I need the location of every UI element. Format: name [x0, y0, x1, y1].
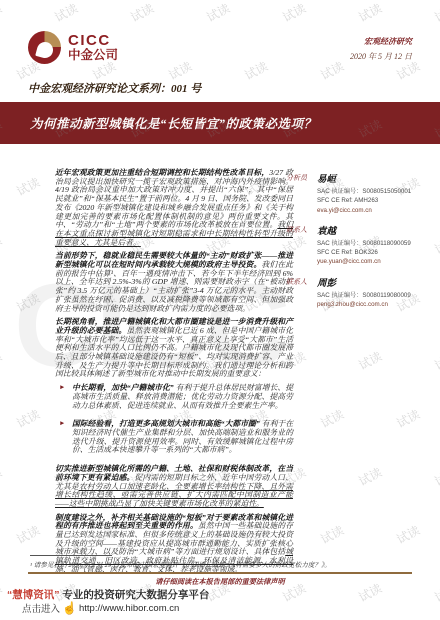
paragraph-text: 虽然表观城镇化已近 6 成、但是中国户籍城市化率和“大城市化率”均远低于这一水平… — [55, 326, 293, 379]
paragraph-text: 我们在此前的报告中估算¹、百年一遇疫情冲击下、若今年下半年经济回到 6%以上、全… — [55, 260, 293, 313]
cicc-logo-text: CICC 中金公司 — [68, 33, 118, 62]
page-title: 为何推动新型城镇化是“长短皆宜”的政策必选项？ — [30, 114, 317, 132]
bullet-emphasis: 打造更多高规划大城市和高能“大都市圈” — [119, 419, 260, 428]
analyst-role: 联系人 — [286, 275, 317, 310]
analyst-sac: SAC 执证编号：S0080118090059 — [317, 239, 434, 248]
paragraph-underline: 农村劳动人口加速老龄化、全要素增长率结构性下降、且外需增长结构性趋缓、亟需完善供… — [55, 482, 293, 508]
analyst-panel: 分析员 易峘 SAC 执证编号：S0080515050001 SFC CE Re… — [286, 171, 434, 317]
analyst-role: 分析员 — [286, 171, 317, 215]
analyst-sac: SAC 执证编号：S0080119080009 — [317, 291, 434, 300]
bullet-item-2: ► 国际经验看，打造更多高规划大城市和高能“大都市圈” 有利于在知识经济时代催生… — [59, 420, 293, 460]
paragraph-3: 长期视角看，推进户籍城镇化和大都市圈建设是进一步消费升级和产业升级的必要基础。虽… — [55, 318, 293, 379]
hand-pointer-icon: ☝ — [62, 602, 77, 614]
analyst-email: yue.yuan@cicc.com.cn — [317, 257, 434, 266]
analyst-sac: SAC 执证编号：S0080515050001 — [317, 187, 434, 196]
hibor-url-link[interactable]: http://www.hibor.com.cn — [79, 603, 179, 614]
series-title: 中金宏观经济研究论文系列：001 号 — [28, 80, 201, 96]
hibor-tagline: “慧博资讯” 专业的投资研究大数据分享平台 — [7, 587, 209, 602]
analyst-row: 分析员 易峘 SAC 执证编号：S0080515050001 SFC CE Re… — [286, 171, 434, 215]
paragraph-lead: 近年宏观政策更加注重结合短期调控和长期结构性改革目标， — [55, 168, 269, 177]
footnote: ¹ 请参见我们 2020 年 3 月 29 日发布的中国宏观简评《中国增长回到 … — [30, 559, 412, 569]
cicc-logo-icon — [28, 31, 61, 64]
title-banner: 为何推动新型城镇化是“长短皆宜”的政策必选项？ — [0, 102, 440, 144]
hibor-brand: “慧博资讯” — [7, 589, 60, 601]
article-body: 近年宏观政策更加注重结合短期调控和长期结构性改革目标，3/27 政治局会议提出加… — [55, 169, 293, 580]
paragraph-1: 近年宏观政策更加注重结合短期调控和长期结构性改革目标，3/27 政治局会议提出加… — [55, 169, 293, 247]
hibor-cta[interactable]: 点击进入 — [22, 601, 60, 615]
bullet-item-1: ► 中长期看，加快“户籍城市化” 有利于提升总体居民财富增长、提高城市生活质量、… — [59, 384, 293, 415]
paragraph-4: 切实推进新型城镇化所需的户籍、土地、社保和财税体制改革，在当前环境下更有紧迫感。… — [55, 465, 293, 509]
analyst-row: 联系人 周彭 SAC 执证编号：S0080119080009 peng3.zho… — [286, 275, 434, 310]
analyst-sfc: SFC CE Ref: BOK326 — [317, 248, 434, 257]
bullet-emphasis: 加快“户籍城市化” — [111, 383, 174, 392]
analyst-email: eva.yi@cicc.com.cn — [317, 206, 434, 215]
analyst-name: 易峘 — [317, 171, 434, 185]
gold-divider — [28, 572, 412, 574]
bullet-arrow-icon: ► — [59, 420, 72, 460]
bullet-lead: 国际经验看， — [72, 419, 119, 428]
hibor-desc: 专业的投资研究大数据分享平台 — [60, 589, 210, 601]
logo-en: CICC — [68, 33, 118, 48]
analyst-email: peng3.zhou@cicc.com.cn — [317, 300, 434, 309]
analyst-role: 联系人 — [286, 223, 317, 267]
hibor-link-row: 点击进入 ☝ http://www.hibor.com.cn — [22, 601, 179, 615]
cicc-logo: CICC 中金公司 — [28, 31, 118, 64]
analyst-row: 联系人 袁越 SAC 执证编号：S0080118090059 SFC CE Re… — [286, 223, 434, 267]
footnote-rule — [30, 555, 112, 556]
bullet-arrow-icon: ► — [59, 384, 72, 415]
paragraph-2: 当前形势下，稳就业稳民生需要较大体量的“主动”财政扩张——推进新型城镇化可以在短… — [55, 252, 293, 313]
header-meta: 宏观经济研究 2020 年 5 月 12 日 — [350, 36, 412, 62]
legal-notice: 请仔细阅读在本报告尾部的重要法律声明 — [0, 577, 440, 587]
analyst-name: 周彭 — [317, 275, 434, 289]
paragraph-lead: 当前形势下，稳就业稳民生需要较大体量的“主动”财政扩张——推进新型城镇化可以在短… — [55, 251, 293, 269]
analyst-name: 袁越 — [317, 223, 434, 237]
logo-cn: 中金公司 — [68, 48, 118, 62]
report-category: 宏观经济研究 — [350, 36, 412, 47]
bullet-lead: 中长期看， — [72, 383, 111, 392]
analyst-sfc: SFC CE Ref: AMH263 — [317, 196, 434, 205]
report-page: CICC CICC 中金公司 宏观经济研究 2020 年 5 月 12 日 中金… — [0, 0, 440, 620]
paragraph-text: 3/27 政治局会议提出加快研究一揽子宏观政策措施、对冲海内外疫情影响。4/19… — [55, 168, 293, 229]
report-date: 2020 年 5 月 12 日 — [350, 51, 412, 62]
